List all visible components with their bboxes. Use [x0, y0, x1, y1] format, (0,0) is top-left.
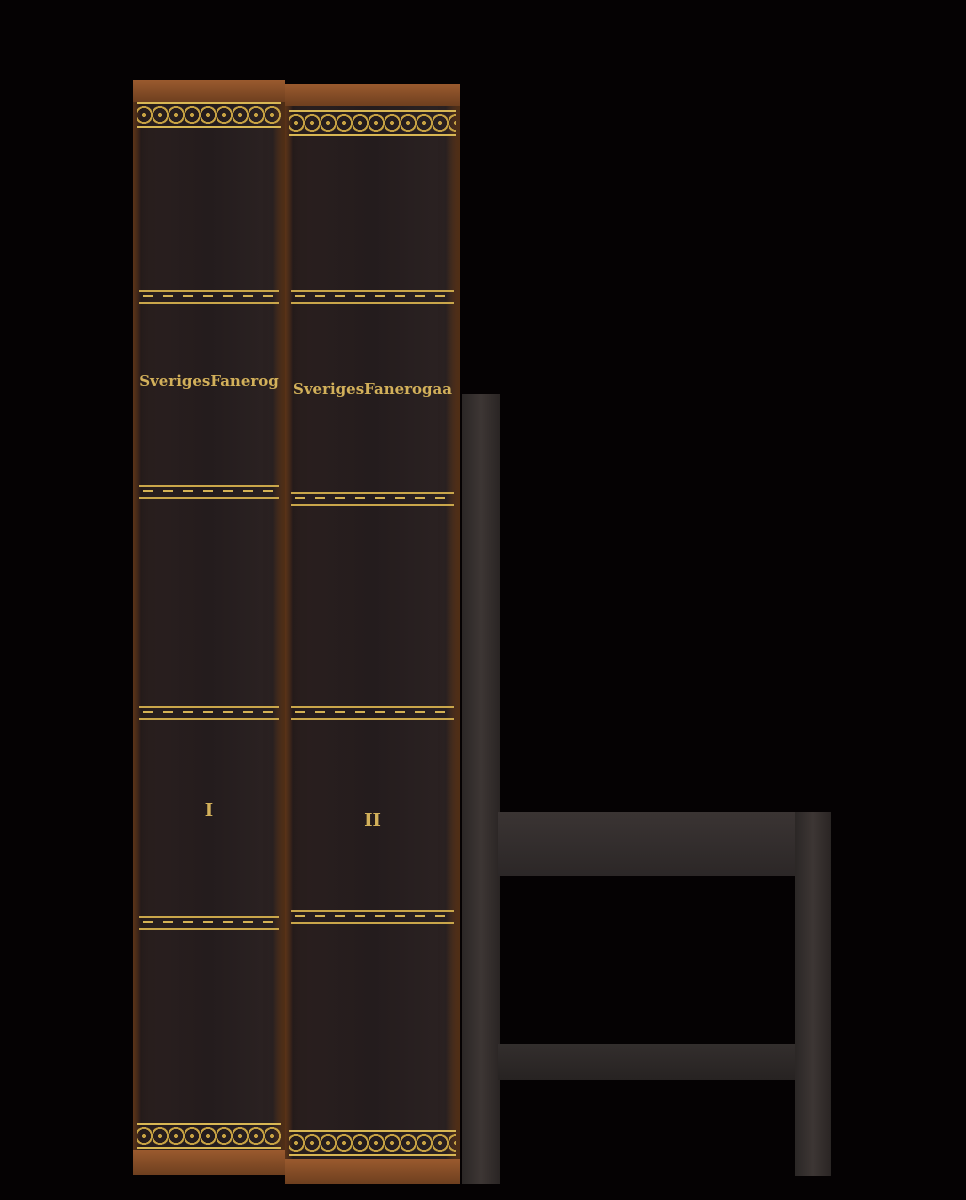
bookend-bottom-rail [498, 1044, 798, 1080]
gilt-ornament-top [137, 102, 281, 128]
gilt-band [139, 485, 279, 499]
bookend-top-rail [498, 812, 831, 876]
gilt-band [291, 290, 454, 304]
volume-number: I [133, 800, 285, 821]
gilt-ornament-top [289, 110, 456, 136]
worn-bottom-cap [133, 1150, 285, 1175]
book-volume-1: SverigesFanerog I [133, 80, 285, 1175]
worn-top-cap [133, 80, 285, 102]
gilt-band [291, 706, 454, 720]
worn-bottom-cap [285, 1159, 460, 1184]
bookend-right-leg [795, 812, 831, 1176]
spine-title: SverigesFanerogaa [285, 380, 460, 398]
gilt-band [139, 290, 279, 304]
gilt-ornament-bottom [137, 1123, 281, 1149]
volume-number: II [285, 810, 460, 831]
gilt-band [139, 916, 279, 930]
gilt-band [139, 706, 279, 720]
spine-title: SverigesFanerog [133, 372, 285, 390]
gilt-ornament-bottom [289, 1130, 456, 1156]
gilt-band [291, 492, 454, 506]
gilt-band [291, 910, 454, 924]
worn-top-cap [285, 84, 460, 106]
book-volume-2: SverigesFanerogaa II [285, 84, 460, 1184]
bookend-upright [462, 394, 500, 1184]
